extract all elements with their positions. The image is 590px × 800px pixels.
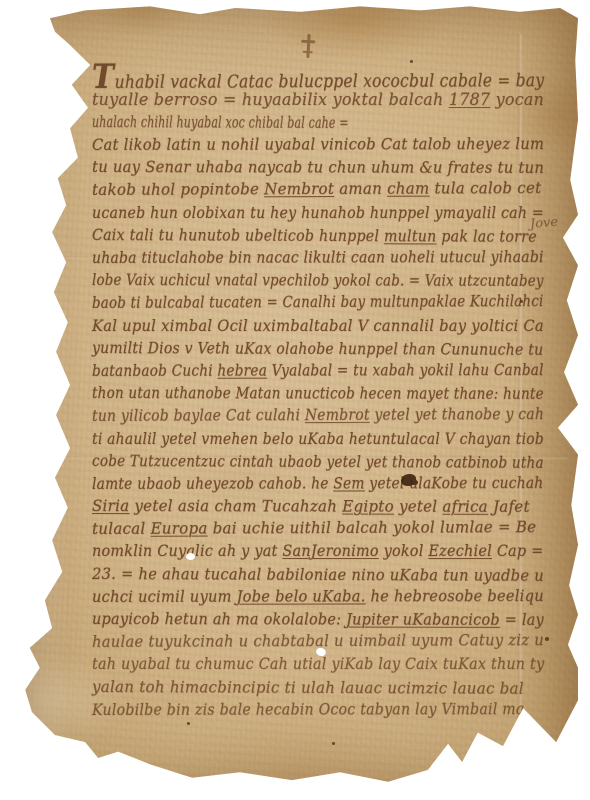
manuscript-line: baob ti bulcabal tucaten = Canalhi bay m… (92, 290, 494, 314)
parchment-page: Tuhabil vackal Catac bulucppel xococbul … (18, 4, 578, 796)
manuscript-line: tuyalle berroso = huyaabilix yoktal balc… (92, 89, 541, 112)
manuscript-line: haulae tuyukcinah u chabtabal u uimbail … (92, 629, 535, 653)
scanned-manuscript: Tuhabil vackal Catac bulucppel xococbul … (0, 0, 590, 800)
manuscript-line: cobe Tutzucentzuc cintah ubaob yetel yet… (92, 450, 500, 474)
manuscript-line: takob uhol popintobe Nembrot aman cham t… (92, 177, 544, 201)
manuscript-line: yalan toh himacbincipic ti ulah lauac uc… (92, 676, 544, 700)
ink-speck (520, 300, 523, 303)
manuscript-line: tah uyabal tu chumuc Cah utial yiKab lay… (92, 653, 521, 676)
manuscript-text: Tuhabil vackal Catac bulucppel xococbul … (92, 66, 560, 721)
manuscript-line: Tuhabil vackal Catac bulucppel xococbul … (92, 64, 504, 88)
ink-speck (187, 722, 190, 725)
manuscript-line: nomklin Cuyalic ah y yat SanJeronimo yok… (92, 540, 524, 563)
ink-speck (410, 60, 413, 63)
manuscript-line: uchci ucimil uyum Jobe belo uKaba. he he… (92, 585, 531, 609)
latin-cross-icon (300, 34, 315, 59)
manuscript-line: Kal upul ximbal Ocil uximbaltabal V cann… (92, 315, 534, 338)
manuscript-line: Caix tali tu hunutob ubelticob hunppel m… (92, 224, 519, 248)
ink-speck (545, 637, 549, 641)
manuscript-line: uhaba tituclahobe bin nacac likulti caan… (92, 246, 512, 269)
manuscript-line: 23. = he ahau tucahal babiloniae nino uK… (92, 563, 534, 587)
manuscript-line: Cat likob latin u nohil uyabal vinicob C… (92, 133, 535, 157)
manuscript-line: ucaneb hun olobixan tu hey hunahob hunpp… (92, 202, 517, 225)
cross-lower-bar (303, 51, 313, 54)
manuscript-line: tulacal Europa bai uchie uithil balcah y… (92, 516, 544, 540)
manuscript-line: yumilti Dios v Veth uKax olahobe hunppel… (92, 337, 513, 361)
paper-hole (186, 553, 195, 560)
manuscript-line: lobe Vaix uchicul vnatal vpechilob yokol… (92, 269, 493, 292)
manuscript-line: tun yilicob baylae Cat culahi Nembrot ye… (92, 403, 511, 427)
manuscript-line: thon utan uthanobe Matan unucticob hecen… (92, 382, 498, 405)
margin-note: Jove (529, 215, 558, 232)
manuscript-line: ti ahaulil yetel vmehen belo uKaba hetun… (92, 428, 509, 451)
manuscript-line: batanbaob Cuchi hebrea Vyalabal = tu xab… (92, 359, 502, 382)
cross-vertical-bar (306, 34, 310, 58)
paper-hole (563, 422, 576, 432)
cross-horizontal-bar (301, 40, 315, 43)
manuscript-line: Kulobilbe bin zis bale hecabin Ococ taby… (92, 698, 517, 721)
manuscript-line: Siria yetel asia cham Tucahzah Egipto ye… (92, 495, 544, 519)
manuscript-line: lamte ubaob uheyezob cahob. he Sem yetel… (92, 472, 507, 495)
manuscript-line: tu uay Senar uhaba naycab tu chun uhum &… (92, 156, 536, 180)
manuscript-line: upayicob hetun ah ma okolalobe: Jupiter … (92, 608, 525, 632)
manuscript-line: uhalach chihil huyabal xoc chibal bal ca… (92, 111, 422, 135)
ink-speck (332, 742, 335, 745)
